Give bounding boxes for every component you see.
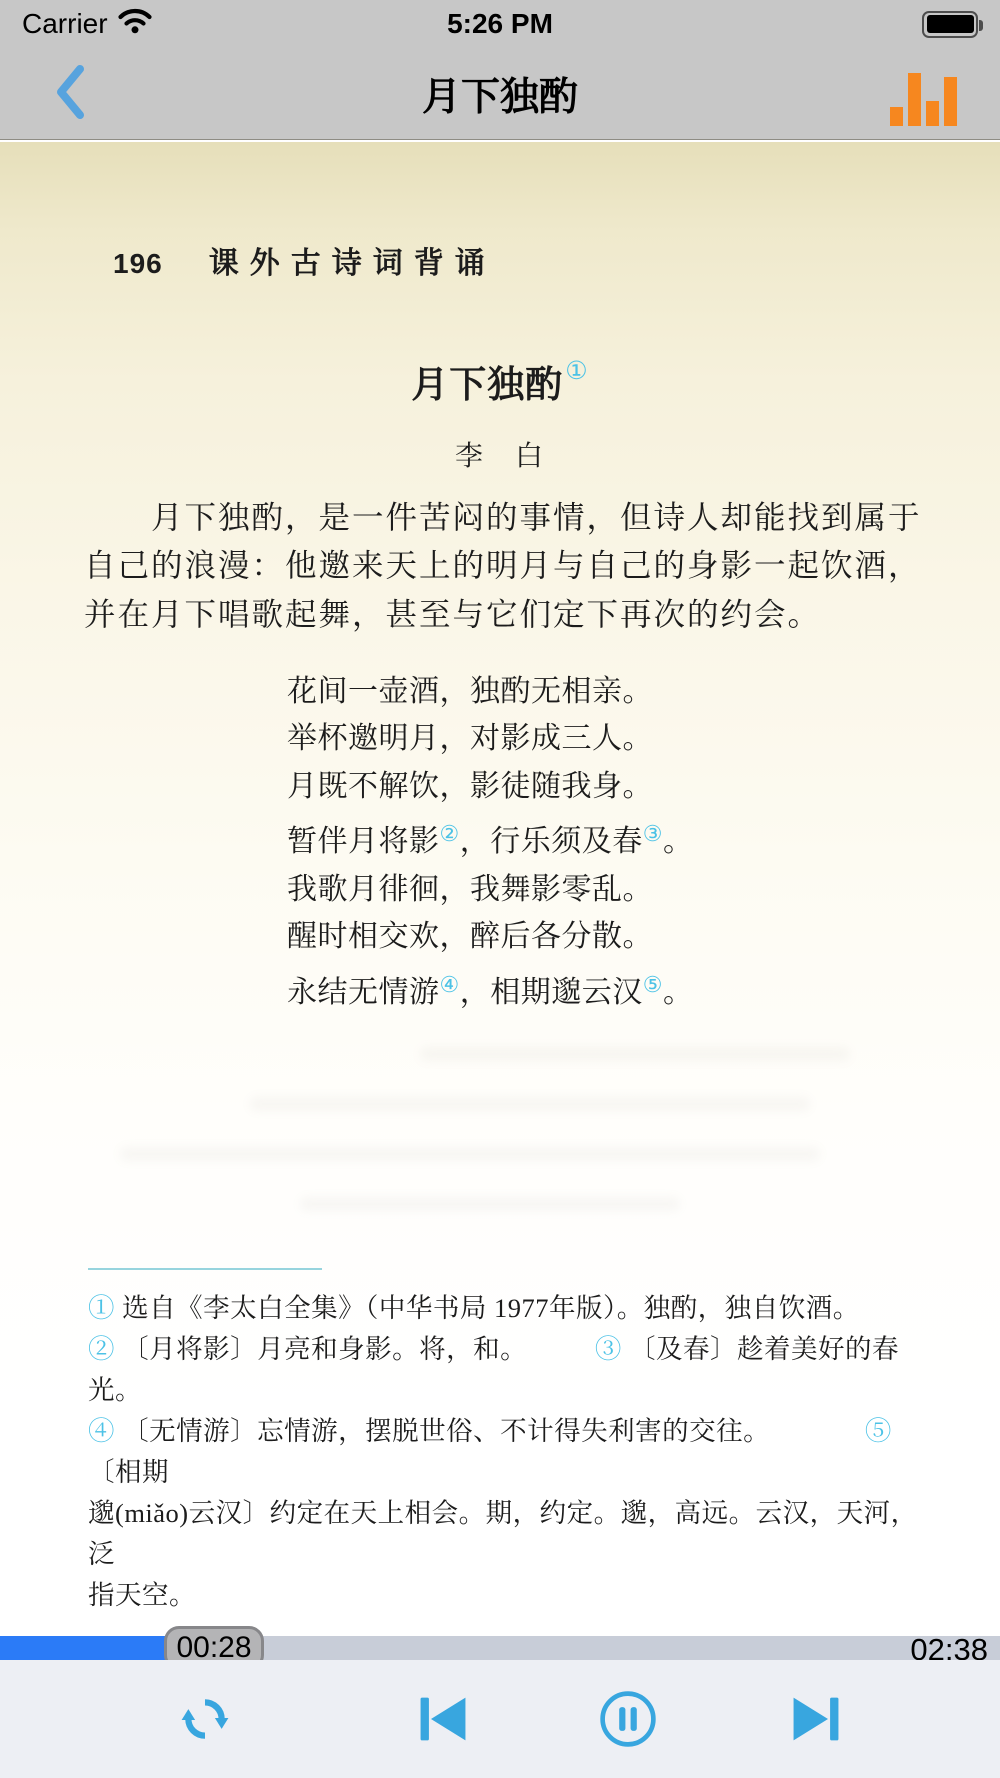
previous-track-button[interactable] [398, 1660, 488, 1778]
footnote-ref: ④ [88, 1416, 122, 1446]
footnote-divider [88, 1268, 322, 1271]
text-run: 〔无情游〕忘情游，摆脱世俗、不计得失利害的交往。 [122, 1416, 865, 1446]
status-time: 5:26 PM [322, 8, 678, 40]
text-run: 永结无情游 [287, 976, 440, 1009]
text-run: 月下独酌，是一件苦闷的事情，但诗人却能找到属于 [84, 500, 922, 535]
next-track-icon [792, 1696, 840, 1742]
poem-line: 我歌月徘徊，我舞影零乱。 [287, 866, 693, 914]
text-run: 。 [663, 976, 694, 1009]
intro-line: 月下独酌，是一件苦闷的事情，但诗人却能找到属于 [84, 494, 932, 543]
next-track-button[interactable] [771, 1660, 861, 1778]
footnote-ref: ③ [595, 1334, 629, 1364]
text-run: 邈(miǎo)云汉〕约定在天上相会。期，约定。邈，高远。云汉，天河，泛 [88, 1498, 918, 1569]
text-run: 月既不解饮，影徒随我身。 [287, 770, 653, 803]
page-header: 196 课外古诗词背诵 [113, 238, 496, 282]
footnote-line: ② 〔月将影〕月亮和身影。将，和。 ③ 〔及春〕趁着美好的春光。 [88, 1329, 936, 1411]
footnote-ref: ② [440, 821, 460, 846]
text-run: 暂伴月将影 [287, 825, 440, 858]
wifi-icon [118, 7, 152, 41]
footnote-line: ① 选自《李太白全集》（中华书局 1977年版）。独酌，独自饮酒。 [88, 1288, 936, 1329]
text-run: 〔相期 [88, 1457, 169, 1487]
text-run: 醒时相交欢，醉后各分散。 [287, 920, 653, 953]
poem-line: 月既不解饮，影徒随我身。 [287, 763, 693, 811]
footnote-ref: ① [88, 1293, 122, 1323]
status-bar: Carrier 5:26 PM [0, 0, 1000, 48]
print-bleed [420, 1047, 850, 1061]
refresh-icon [179, 1693, 231, 1745]
footnote-ref: ③ [643, 821, 663, 846]
stats-button[interactable] [888, 68, 958, 126]
print-bleed [300, 1197, 680, 1211]
footnote-ref: ⑤ [865, 1416, 892, 1446]
poem-body: 花间一壶酒，独酌无相亲。举杯邀明月，对影成三人。月既不解饮，影徒随我身。暂伴月将… [287, 668, 693, 1017]
pause-icon [599, 1690, 657, 1748]
text-run: 花间一壶酒，独酌无相亲。 [287, 675, 653, 708]
player-controls [0, 1660, 1000, 1778]
text-run: 我歌月徘徊，我舞影零乱。 [287, 873, 653, 906]
text-run: 自己的浪漫：他邀来天上的明月与自己的身影一起饮酒， [84, 548, 922, 583]
footnotes: ① 选自《李太白全集》（中华书局 1977年版）。独酌，独自饮酒。② 〔月将影〕… [88, 1288, 936, 1616]
book-page-scan: 196 课外古诗词背诵 月下独酌① 李 白 月下独酌，是一件苦闷的事情，但诗人却… [0, 142, 1000, 1637]
poem-line: 永结无情游④，相期邈云汉⑤。 [287, 961, 693, 1017]
footnote-line: ④ 〔无情游〕忘情游，摆脱世俗、不计得失利害的交往。 ⑤ 〔相期 [88, 1411, 936, 1493]
intro-line: 自己的浪漫：他邀来天上的明月与自己的身影一起饮酒， [84, 542, 932, 591]
footnote-ref: ④ [440, 972, 460, 997]
intro-line: 并在月下唱歌起舞，甚至与它们定下再次的约会。 [84, 591, 932, 640]
page-number: 196 [113, 248, 163, 280]
text-run: 并在月下唱歌起舞，甚至与它们定下再次的约会。 [84, 597, 821, 632]
bar-chart-icon [890, 107, 903, 126]
carrier-group: Carrier [22, 7, 322, 41]
footnote-ref: ⑤ [643, 972, 663, 997]
pause-button[interactable] [583, 1660, 673, 1778]
poem-line: 举杯邀明月，对影成三人。 [287, 715, 693, 763]
poem-line: 暂伴月将影②，行乐须及春③。 [287, 810, 693, 866]
text-run: 选自《李太白全集》（中华书局 1977年版）。独酌，独自饮酒。 [122, 1293, 860, 1323]
poem-author: 李 白 [0, 434, 1000, 474]
text-run: 。 [663, 825, 694, 858]
footnote-line: 邈(miǎo)云汉〕约定在天上相会。期，约定。邈，高远。云汉，天河，泛 [88, 1493, 936, 1575]
text-run: ，行乐须及春 [460, 825, 643, 858]
audio-progress-bar[interactable]: 00:28 02:38 [0, 1636, 1000, 1660]
poem-line: 花间一壶酒，独酌无相亲。 [287, 668, 693, 716]
page-title: 月下独酌 [0, 66, 1000, 122]
text-run: 指天空。 [88, 1580, 196, 1610]
carrier-label: Carrier [22, 8, 108, 40]
battery-icon [922, 11, 978, 38]
footnote-ref: ② [88, 1334, 122, 1364]
text-run: 举杯邀明月，对影成三人。 [287, 722, 653, 755]
text-run: 〔月将影〕月亮和身影。将，和。 [122, 1334, 595, 1364]
footnote-line: 指天空。 [88, 1575, 936, 1616]
chapter-title: 课外古诗词背诵 [209, 238, 496, 282]
text-run: ，相期邈云汉 [460, 976, 643, 1009]
previous-track-icon [419, 1696, 467, 1742]
navigation-bar: 月下独酌 [0, 48, 1000, 140]
poem-line: 醒时相交欢，醉后各分散。 [287, 913, 693, 961]
print-bleed [120, 1147, 820, 1161]
poem-introduction: 月下独酌，是一件苦闷的事情，但诗人却能找到属于自己的浪漫：他邀来天上的明月与自己… [84, 494, 932, 640]
refresh-button[interactable] [160, 1660, 250, 1778]
print-bleed [250, 1097, 810, 1111]
poem-title: 月下独酌① [0, 354, 1000, 408]
footnote-ref-1: ① [565, 358, 588, 385]
